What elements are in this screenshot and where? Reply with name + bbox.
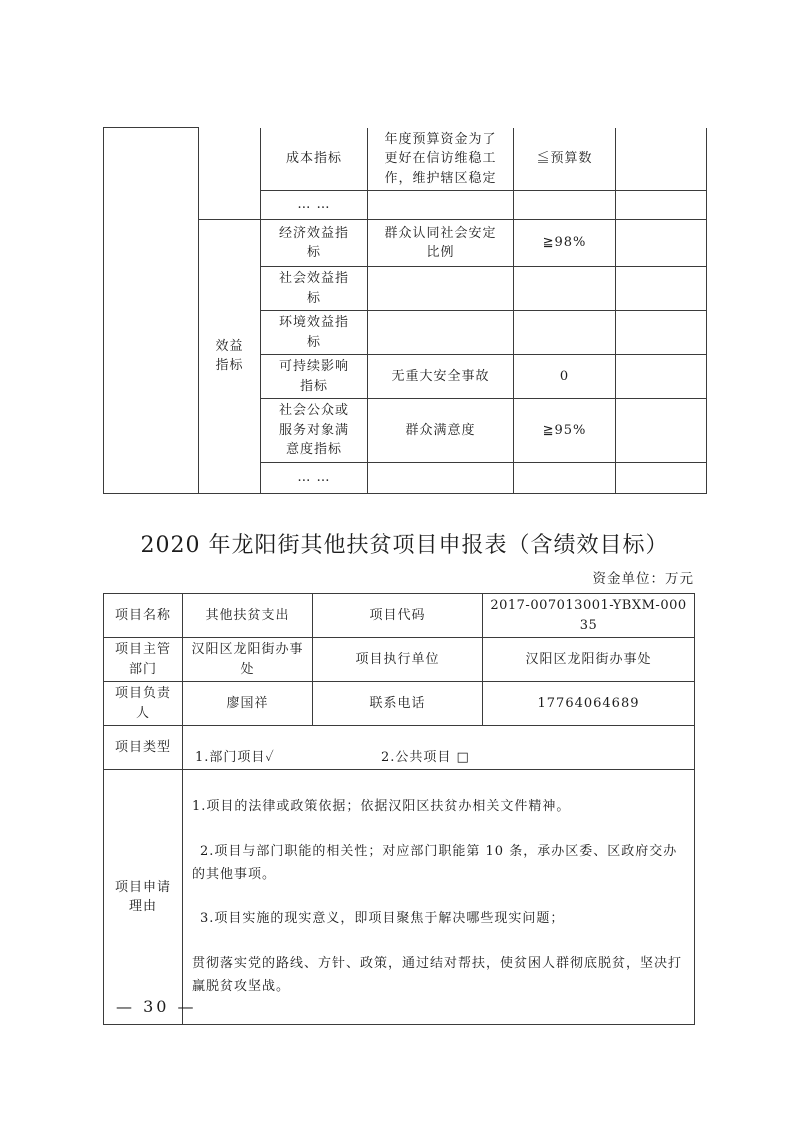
sustainable-impact-indicator-cell: 可持续影响 指标 <box>261 355 368 399</box>
exec-unit-label: 项目执行单位 <box>313 638 483 682</box>
project-name-label: 项目名称 <box>104 594 183 638</box>
type-options-cell: 1.部门项目✓2.公共项目 □ <box>183 726 695 770</box>
empty-cell <box>514 311 616 355</box>
economic-benefit-target-cell: ≧98% <box>514 220 616 267</box>
benefit-group-cell: 效益 指标 <box>199 220 261 494</box>
exec-unit-value: 汉阳区龙阳街办事处 <box>483 638 695 682</box>
empty-cell <box>616 220 707 267</box>
cost-indicator-description-cell: 年度预算资金为了 更好在信访维稳工 作，维护辖区稳定 <box>368 128 514 191</box>
sustainable-impact-target-cell: 0 <box>514 355 616 399</box>
performance-indicators-table: 成本指标 年度预算资金为了 更好在信访维稳工 作，维护辖区稳定 ≦预算数 … …… <box>103 127 707 494</box>
satisfaction-description-cell: 群众满意度 <box>368 399 514 463</box>
table-row: 成本指标 年度预算资金为了 更好在信访维稳工 作，维护辖区稳定 ≦预算数 <box>104 128 707 191</box>
reason-line: 贯彻落实党的路线、方针、政策，通过结对帮扶，使贫困人群彻底脱贫，坚决打赢脱贫攻坚… <box>192 953 685 998</box>
sustainable-impact-description-cell: 无重大安全事故 <box>368 355 514 399</box>
type-option-public: 2.公共项目 □ <box>381 750 470 765</box>
satisfaction-target-cell: ≧95% <box>514 399 616 463</box>
leader-label: 项目负责 人 <box>104 682 183 726</box>
table-row: 项目名称 其他扶贫支出 项目代码 2017-007013001-YBXM-000… <box>104 594 695 638</box>
economic-benefit-indicator-cell: 经济效益指 标 <box>261 220 368 267</box>
phone-value: 17764064689 <box>483 682 695 726</box>
reason-label: 项目申请 理由 <box>104 770 183 1025</box>
empty-cell <box>616 191 707 220</box>
project-code-label: 项目代码 <box>313 594 483 638</box>
reason-line: 3.项目实施的现实意义，即项目聚焦于解决哪些现实问题； <box>192 908 685 930</box>
output-group-cell <box>199 128 261 220</box>
empty-cell <box>616 128 707 191</box>
type-option-department: 1.部门项目✓ <box>195 748 381 768</box>
empty-cell <box>368 311 514 355</box>
document-page: 成本指标 年度预算资金为了 更好在信访维稳工 作，维护辖区稳定 ≦预算数 … …… <box>0 0 793 1122</box>
ellipsis-cell: … … <box>261 462 368 493</box>
table-row: 项目主管 部门 汉阳区龙阳街办事 处 项目执行单位 汉阳区龙阳街办事处 <box>104 638 695 682</box>
cost-indicator-cell: 成本指标 <box>261 128 368 191</box>
empty-cell <box>616 462 707 493</box>
project-code-value: 2017-007013001-YBXM-00035 <box>483 594 695 638</box>
social-benefit-indicator-cell: 社会效益指 标 <box>261 267 368 311</box>
ellipsis-cell: … … <box>261 191 368 220</box>
reason-text-cell: 1.项目的法律或政策依据；依据汉阳区扶贫办相关文件精神。 2.项目与部门职能的相… <box>183 770 695 1025</box>
currency-unit-note: 资金单位：万元 <box>103 567 694 587</box>
satisfaction-indicator-cell: 社会公众或 服务对象满 意度指标 <box>261 399 368 463</box>
cost-indicator-target-cell: ≦预算数 <box>514 128 616 191</box>
empty-cell <box>368 462 514 493</box>
project-application-table: 项目名称 其他扶贫支出 项目代码 2017-007013001-YBXM-000… <box>103 593 695 1025</box>
table-row: 项目负责 人 廖国祥 联系电话 17764064689 <box>104 682 695 726</box>
table-row: 项目类型 1.部门项目✓2.公共项目 □ <box>104 726 695 770</box>
empty-cell <box>616 311 707 355</box>
project-name-value: 其他扶贫支出 <box>183 594 313 638</box>
empty-cell <box>514 191 616 220</box>
environment-benefit-indicator-cell: 环境效益指 标 <box>261 311 368 355</box>
empty-cell <box>616 267 707 311</box>
empty-cell <box>514 267 616 311</box>
empty-cell <box>616 399 707 463</box>
type-label: 项目类型 <box>104 726 183 770</box>
empty-cell <box>616 355 707 399</box>
phone-label: 联系电话 <box>313 682 483 726</box>
table-row: 项目申请 理由 1.项目的法律或政策依据；依据汉阳区扶贫办相关文件精神。 2.项… <box>104 770 695 1025</box>
dept-label: 项目主管 部门 <box>104 638 183 682</box>
page-title: 2020 年龙阳街其他扶贫项目申报表（含绩效目标） <box>103 528 706 559</box>
leader-value: 廖国祥 <box>183 682 313 726</box>
spanning-empty-cell <box>104 128 199 494</box>
reason-line: 1.项目的法律或政策依据；依据汉阳区扶贫办相关文件精神。 <box>192 796 685 818</box>
empty-cell <box>368 191 514 220</box>
dept-value: 汉阳区龙阳街办事 处 <box>183 638 313 682</box>
empty-cell <box>514 462 616 493</box>
empty-cell <box>368 267 514 311</box>
reason-line: 2.项目与部门职能的相关性；对应部门职能第 10 条，承办区委、区政府交办的其他… <box>192 841 685 886</box>
page-number: — 30 — <box>116 997 197 1016</box>
economic-benefit-description-cell: 群众认同社会安定 比例 <box>368 220 514 267</box>
